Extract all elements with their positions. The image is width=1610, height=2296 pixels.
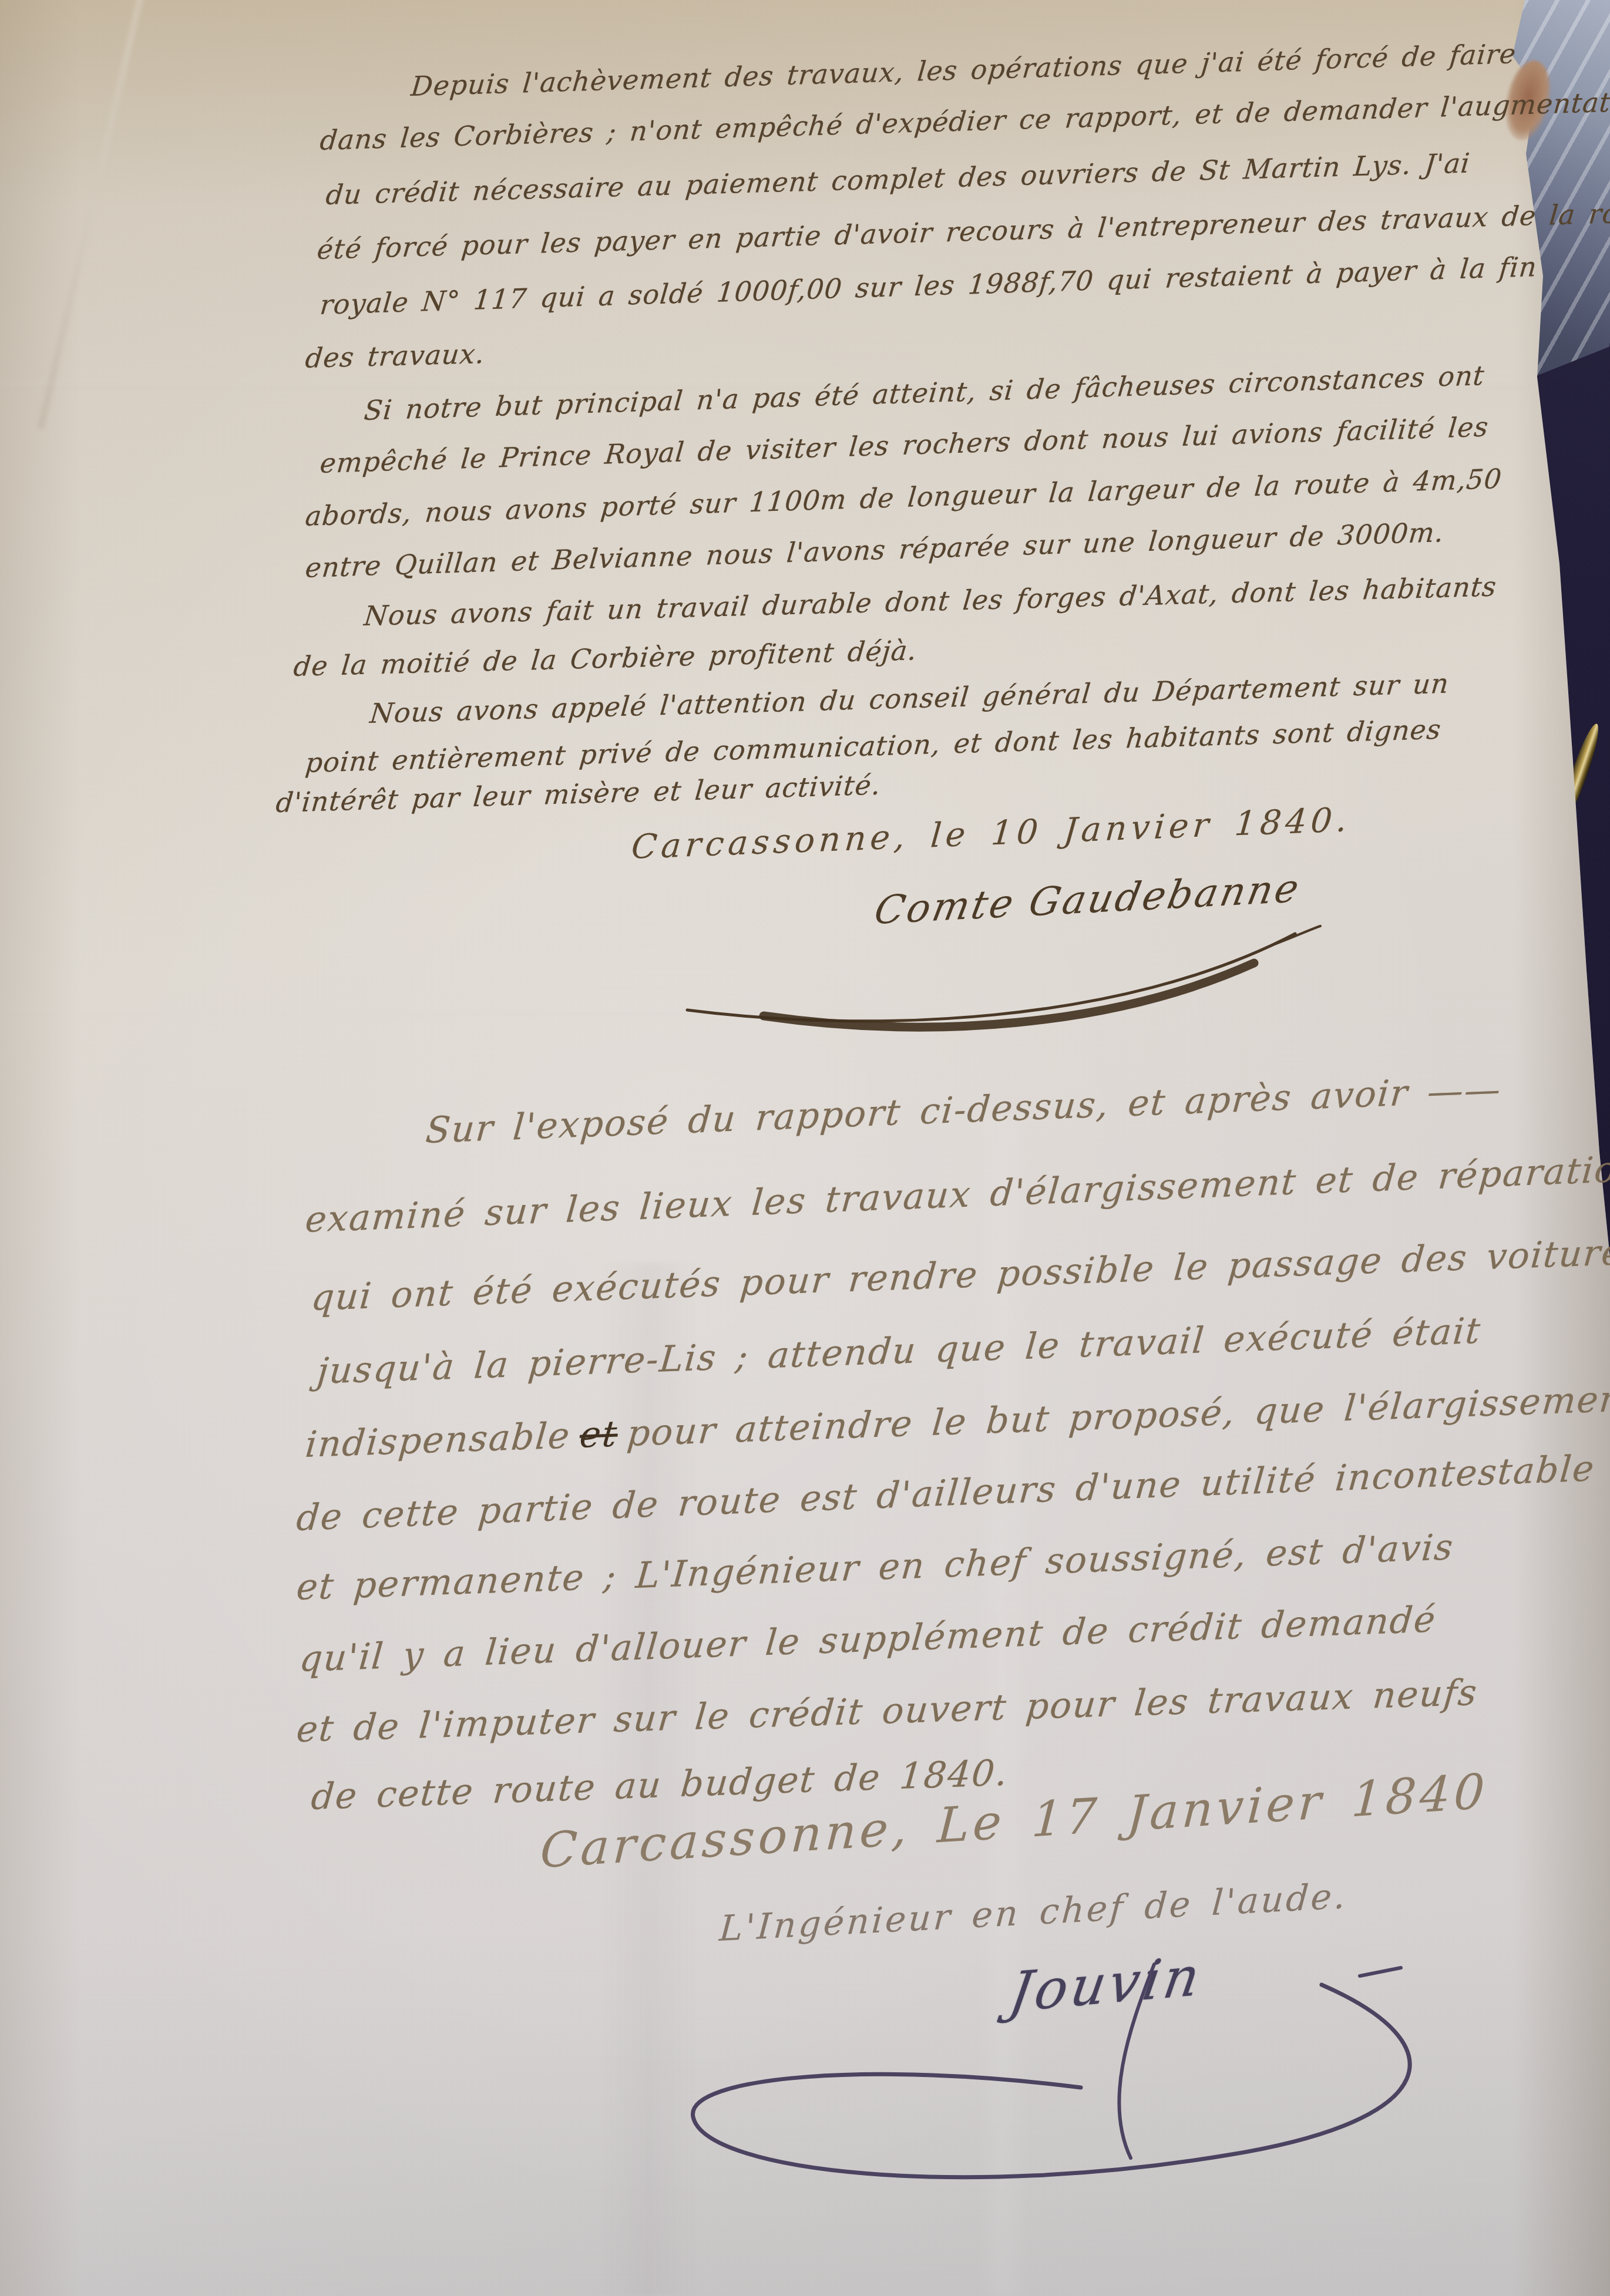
manuscript-line: qui ont été exécutés pour rendre possibl… bbox=[310, 1231, 1610, 1319]
manuscript-line: de la moitié de la Corbière profitent dé… bbox=[292, 634, 918, 682]
manuscript-line: et permanente ; L'Ingénieur en chef sous… bbox=[295, 1526, 1456, 1608]
manuscript-line: qu'il y a lieu d'allouer le supplément d… bbox=[298, 1598, 1438, 1680]
report-dateline: Carcassonne, le 10 Janvier 1840. bbox=[630, 800, 1353, 867]
manuscript-line: des travaux. bbox=[304, 338, 486, 374]
manuscript-line: Nous avons fait un travail durable dont … bbox=[362, 570, 1498, 632]
line-fragment: pour atteindre le but proposé, que l'éla… bbox=[626, 1378, 1610, 1455]
signature-paraph bbox=[623, 1955, 1504, 2208]
strikethrough-word: et bbox=[578, 1413, 620, 1456]
manuscript-line: de cette partie de route est d'ailleurs … bbox=[295, 1447, 1596, 1539]
manuscript-line: indispensableetpour atteindre le but pro… bbox=[304, 1378, 1610, 1466]
line-fragment: indispensable bbox=[304, 1415, 572, 1466]
manuscript-line: Sur l'exposé du rapport ci-dessus, et ap… bbox=[424, 1069, 1503, 1152]
manuscript-line: du crédit nécessaire au paiement complet… bbox=[324, 147, 1471, 211]
manuscript-line: examiné sur les lieux les travaux d'élar… bbox=[304, 1147, 1610, 1241]
manuscript-line: Depuis l'achèvement des travaux, les opé… bbox=[409, 38, 1517, 102]
engineer-title: L'Ingénieur en chef de l'aude. bbox=[718, 1876, 1349, 1950]
signature-flourish bbox=[675, 913, 1333, 1048]
manuscript-line: et de l'imputer sur le crédit ouvert pou… bbox=[295, 1672, 1480, 1750]
manuscript-line: jusqu'à la pierre-Lis ; attendu que le t… bbox=[315, 1310, 1483, 1392]
manuscript-text: Depuis l'achèvement des travaux, les opé… bbox=[0, 0, 1610, 2296]
manuscript-line: royale N° 117 qui a soldé 1000f,00 sur l… bbox=[319, 251, 1539, 321]
